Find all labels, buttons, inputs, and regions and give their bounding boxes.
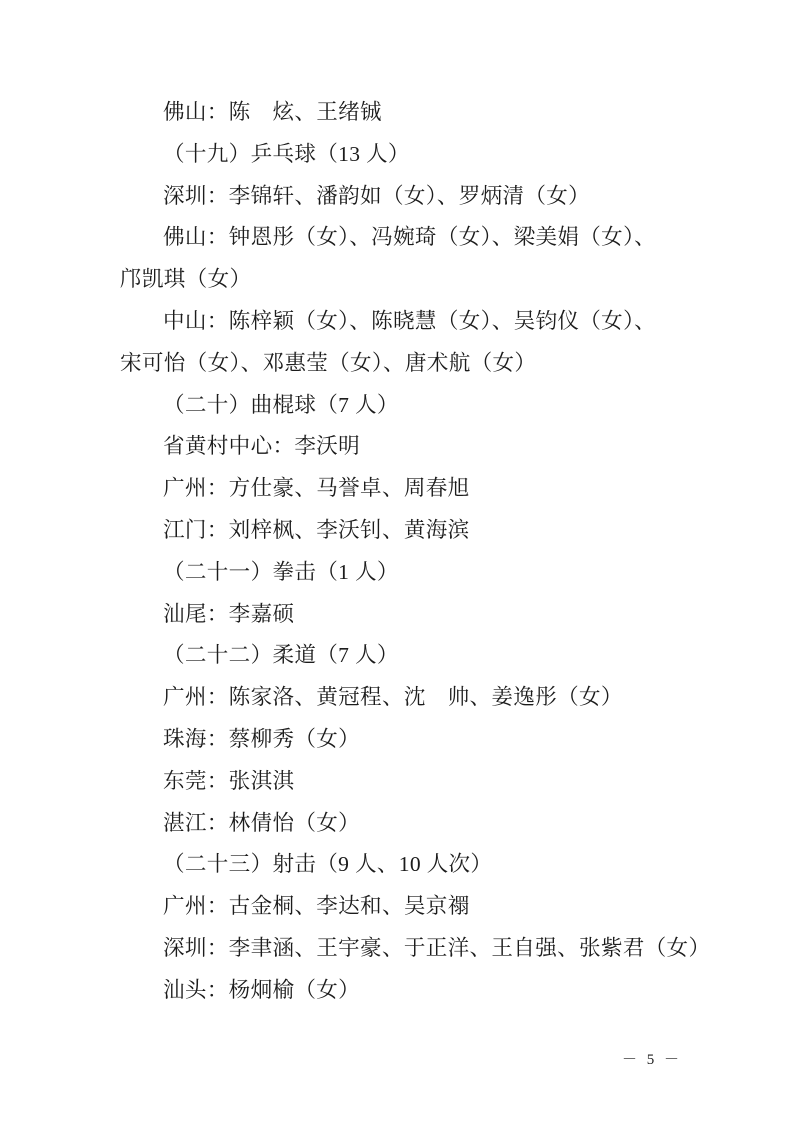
text-line: 广州：陈家洛、黄冠程、沈 帅、姜逸彤（女）: [120, 677, 680, 719]
text-line: 宋可怡（女）、邓惠莹（女）、唐术航（女）: [120, 343, 680, 385]
text-line: 汕尾：李嘉硕: [120, 594, 680, 636]
text-line: 佛山：钟恩彤（女）、冯婉琦（女）、梁美娟（女）、: [120, 217, 680, 259]
text-line: 深圳：李聿涵、王宇豪、于正洋、王自强、张紫君（女）: [120, 928, 680, 970]
text-line: 中山：陈梓颖（女）、陈晓慧（女）、吴钧仪（女）、: [120, 301, 680, 343]
text-line: 珠海：蔡柳秀（女）: [120, 719, 680, 761]
text-line: 佛山：陈 炫、王绪铖: [120, 92, 680, 134]
text-line: （二十二）柔道（7 人）: [120, 635, 680, 677]
text-line: （十九）乒乓球（13 人）: [120, 134, 680, 176]
text-line: （二十一）拳击（1 人）: [120, 552, 680, 594]
text-line: （二十）曲棍球（7 人）: [120, 385, 680, 427]
text-line: 省黄村中心：李沃明: [120, 426, 680, 468]
document-page: 佛山：陈 炫、王绪铖 （十九）乒乓球（13 人） 深圳：李锦轩、潘韵如（女）、罗…: [0, 0, 794, 1123]
page-number: － 5 －: [622, 1048, 682, 1069]
text-line: 深圳：李锦轩、潘韵如（女）、罗炳清（女）: [120, 176, 680, 218]
text-line: 汕头：杨炯榆（女）: [120, 970, 680, 1012]
text-line: （二十三）射击（9 人、10 人次）: [120, 844, 680, 886]
text-line: 湛江：林倩怡（女）: [120, 803, 680, 845]
text-line: 邝凯琪（女）: [120, 259, 680, 301]
text-line: 江门：刘梓枫、李沃钊、黄海滨: [120, 510, 680, 552]
text-line: 东莞：张淇淇: [120, 761, 680, 803]
document-body: 佛山：陈 炫、王绪铖 （十九）乒乓球（13 人） 深圳：李锦轩、潘韵如（女）、罗…: [120, 92, 680, 1012]
text-line: 广州：古金桐、李达和、吴京禤: [120, 886, 680, 928]
text-line: 广州：方仕豪、马誉卓、周春旭: [120, 468, 680, 510]
